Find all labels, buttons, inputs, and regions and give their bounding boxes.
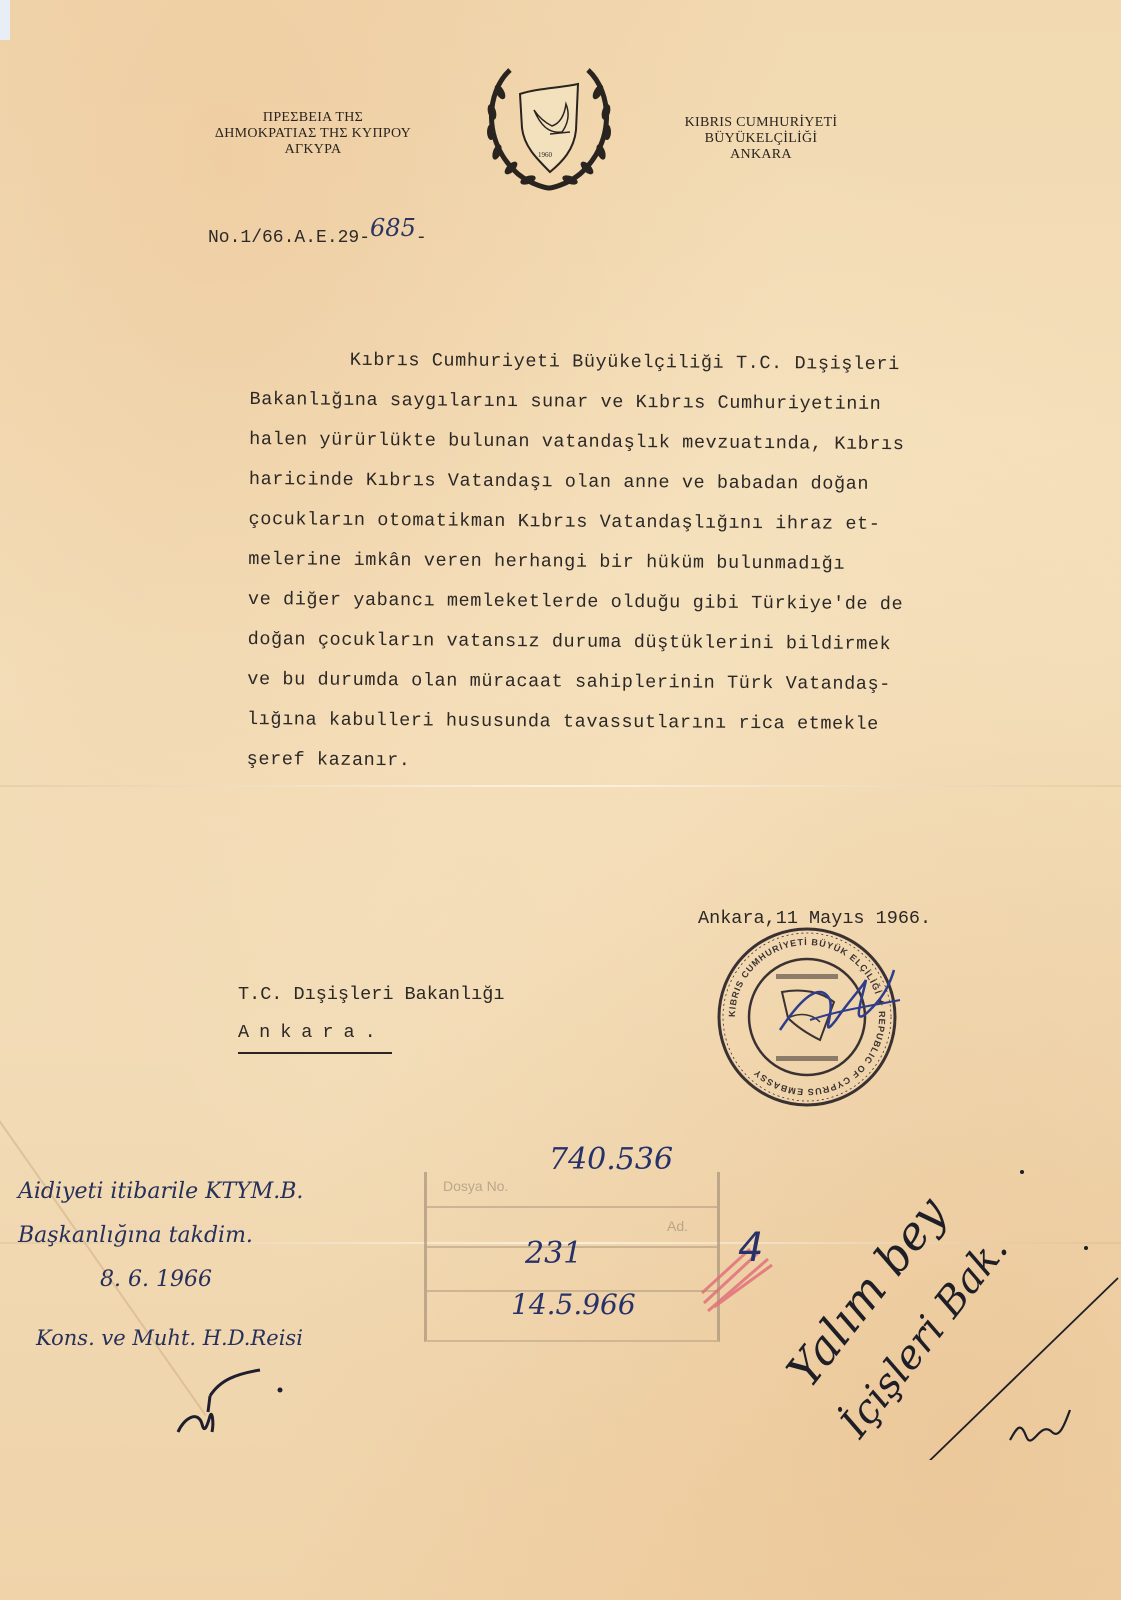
- letterhead-turkish-line: ANKARA: [656, 147, 866, 163]
- body-line: haricinde Kıbrıs Vatandaşı olan anne ve …: [249, 460, 1049, 506]
- body-line: Kıbrıs Cumhuriyeti Büyükelçiliği T.C. Dı…: [250, 340, 1050, 386]
- body-line: melerine imkân veren herhangi bir hüküm …: [248, 540, 1048, 586]
- entry-date: 14.5.966: [511, 1288, 636, 1321]
- letterhead-turkish: KIBRIS CUMHURİYETİ BÜYÜKELÇİLİĞİ ANKARA: [656, 115, 866, 163]
- letterhead-greek-line: ΑΓΚΥΡΑ: [182, 142, 444, 158]
- handwritten-note-left: Aidiyeti itibarile KTYM.B. Başkanlığına …: [18, 1170, 303, 1360]
- body-line: doğan çocukların vatansız duruma düştükl…: [247, 620, 1047, 666]
- letter-body: Kıbrıs Cumhuriyeti Büyükelçiliği T.C. Dı…: [247, 340, 1050, 786]
- file-number: 740.536: [549, 1142, 673, 1177]
- letterhead-turkish-line: KIBRIS CUMHURİYETİ: [656, 115, 866, 131]
- body-line: ve diğer yabancı memleketlerde olduğu gi…: [248, 580, 1048, 626]
- addressee: T.C. Dışişleri Bakanlığı Ankara.: [238, 976, 504, 1054]
- initials-signature: [170, 1360, 290, 1440]
- note-line: Aidiyeti itibarile KTYM.B.: [18, 1170, 303, 1214]
- body-line: şeref kazanır.: [247, 740, 1047, 786]
- reference-suffix: -: [416, 228, 427, 248]
- handwritten-note-right: Yalım bey İçişleri Bak.: [770, 1140, 1121, 1460]
- note-line: Başkanlığına takdim.: [18, 1214, 303, 1258]
- entry-number: 231: [525, 1236, 582, 1271]
- note-line: Kons. ve Muht. H.D.Reisi: [18, 1316, 303, 1360]
- note-line: 8. 6. 1966: [18, 1258, 303, 1302]
- letterhead-greek-line: ΠΡΕΣΒΕΙΑ ΤΗΣ: [182, 110, 444, 126]
- body-line: lığına kabulleri hususunda tavassutların…: [247, 700, 1047, 746]
- stamp-rule: [427, 1206, 717, 1208]
- svg-text:1960: 1960: [538, 151, 553, 159]
- body-line: halen yürürlükte bulunan vatandaşlık mev…: [249, 420, 1049, 466]
- registry-stamp: Dosya No. Ad. 740.536 231 14.5.966: [424, 1172, 720, 1342]
- red-mark-number: 4: [738, 1225, 763, 1271]
- cyprus-coat-of-arms-icon: 1960: [478, 62, 620, 192]
- reference-typed: No.1/66.A.E.29-: [208, 228, 370, 248]
- body-line: ve bu durumda olan müracaat sahiplerinin…: [247, 660, 1047, 706]
- signature-mark: [770, 960, 910, 1050]
- stamp-label-ad: Ad.: [667, 1218, 688, 1234]
- letterhead-greek: ΠΡΕΣΒΕΙΑ ΤΗΣ ΔΗΜΟΚΡΑΤΙΑΣ ΤΗΣ ΚΥΠΡΟΥ ΑΓΚΥ…: [182, 110, 444, 158]
- letterhead-turkish-line: BÜYÜKELÇİLİĞİ: [656, 131, 866, 147]
- scan-edge: [0, 0, 10, 40]
- body-line: çocukların otomatikman Kıbrıs Vatandaşlı…: [248, 500, 1048, 546]
- reference-handwritten: 685: [370, 214, 416, 242]
- body-line: Bakanlığına saygılarını sunar ve Kıbrıs …: [249, 380, 1049, 426]
- addressee-name: T.C. Dışişleri Bakanlığı: [238, 976, 504, 1014]
- letterhead-greek-line: ΔΗΜΟΚΡΑΤΙΑΣ ΤΗΣ ΚΥΠΡΟΥ: [182, 126, 444, 142]
- stamp-label-file: Dosya No.: [443, 1178, 508, 1194]
- reference-number: No.1/66.A.E.29-685-: [208, 220, 427, 248]
- addressee-city: Ankara.: [238, 1014, 392, 1054]
